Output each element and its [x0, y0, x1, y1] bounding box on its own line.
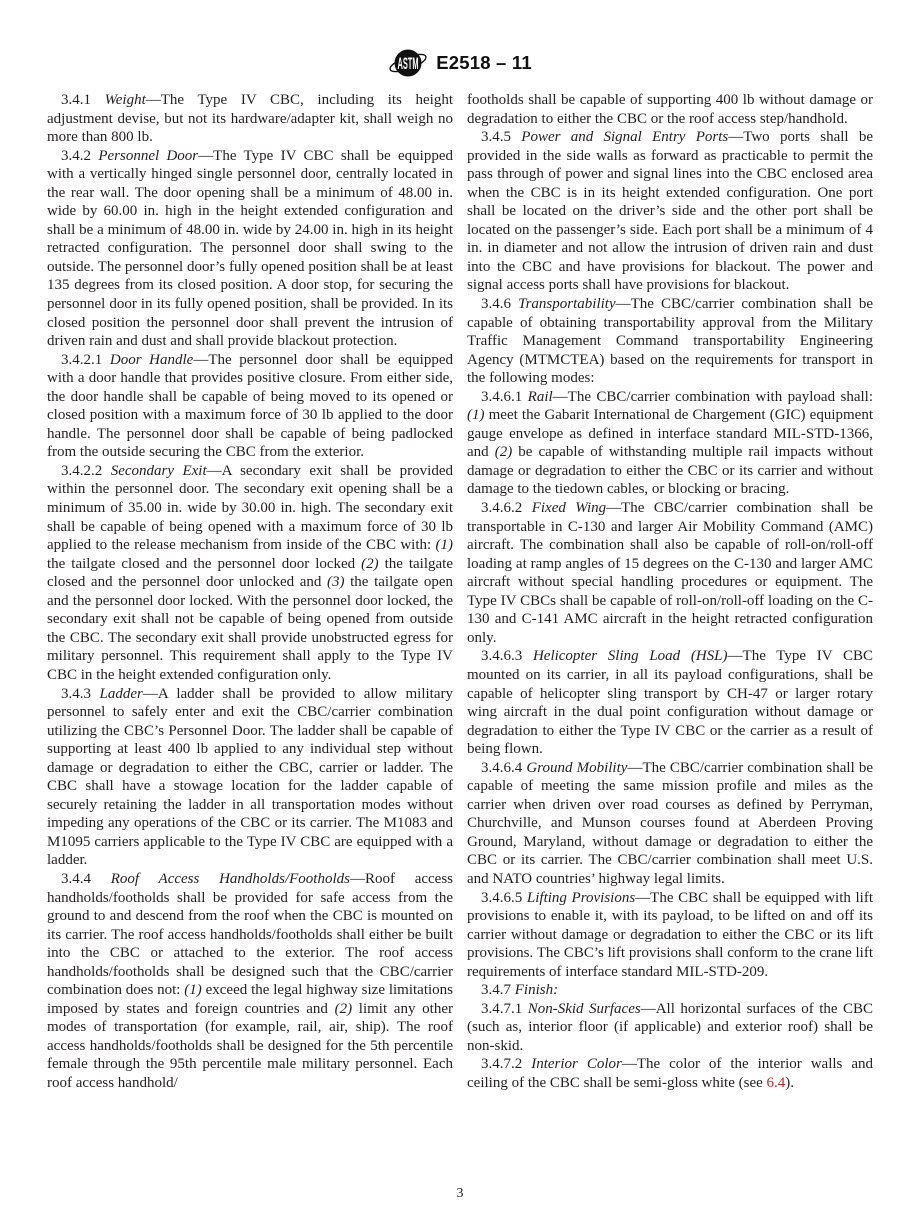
- section-title: Interior Color: [531, 1056, 622, 1072]
- section-title: Lifting Provisions: [527, 890, 635, 906]
- page-number: 3: [457, 1186, 464, 1201]
- section-number: 3.4.6.2: [481, 500, 532, 516]
- list-enumerator: (2): [495, 444, 513, 460]
- body-text: —The CBC/carrier combination shall be ca…: [467, 760, 873, 887]
- document-page: ASTM E2518 – 11 3.4.1 Weight—The Type IV…: [0, 0, 920, 1232]
- paragraph: 3.4.7 Finish:: [467, 981, 873, 1000]
- paragraph: 3.4.6.2 Fixed Wing—The CBC/carrier combi…: [467, 499, 873, 647]
- paragraph: 3.4.7.2 Interior Color—The color of the …: [467, 1055, 873, 1092]
- body-text: —The Type IV CBC shall be equipped with …: [47, 148, 453, 349]
- list-enumerator: (1): [436, 537, 454, 553]
- section-title: Ladder: [99, 686, 142, 702]
- paragraph: 3.4.6.4 Ground Mobility—The CBC/carrier …: [467, 759, 873, 889]
- section-title: Power and Signal Entry Ports: [521, 129, 728, 145]
- section-title: Transportability: [518, 296, 616, 312]
- astm-logo-text: ASTM: [398, 54, 419, 73]
- paragraph: 3.4.2 Personnel Door—The Type IV CBC sha…: [47, 147, 453, 351]
- paragraph: 3.4.3 Ladder—A ladder shall be provided …: [47, 685, 453, 870]
- section-number: 3.4.2: [61, 148, 98, 164]
- body-text: —Two ports shall be provided in the side…: [467, 129, 873, 293]
- section-title: Personnel Door: [98, 148, 198, 164]
- body-text: the tailgate open and the personnel door…: [47, 574, 453, 683]
- section-number: 3.4.3: [61, 686, 99, 702]
- section-number: 3.4.2.2: [61, 463, 111, 479]
- body-text: footholds shall be capable of supporting…: [467, 92, 873, 127]
- page-header: ASTM E2518 – 11: [47, 42, 873, 84]
- column-left: 3.4.1 Weight—The Type IV CBC, including …: [47, 91, 453, 1093]
- section-title: Door Handle: [110, 352, 193, 368]
- section-number: 3.4.6.5: [481, 890, 527, 906]
- section-number: 3.4.6.1: [481, 389, 528, 405]
- section-number: 3.4.1: [61, 92, 105, 108]
- body-text: —The CBC/carrier combination shall be tr…: [467, 500, 873, 646]
- section-title: Helicopter Sling Load (HSL): [533, 648, 728, 664]
- list-enumerator: (2): [361, 556, 379, 572]
- body-text: ).: [785, 1075, 794, 1091]
- list-enumerator: (1): [184, 982, 202, 998]
- paragraph: 3.4.1 Weight—The Type IV CBC, including …: [47, 91, 453, 147]
- paragraph: 3.4.4 Roof Access Handholds/Footholds—Ro…: [47, 870, 453, 1093]
- section-title: Fixed Wing: [532, 500, 606, 516]
- section-title: Ground Mobility: [526, 760, 627, 776]
- list-enumerator: (1): [467, 407, 485, 423]
- section-number: 3.4.4: [61, 871, 111, 887]
- section-title: Non-Skid Surfaces: [528, 1001, 641, 1017]
- paragraph: 3.4.6 Transportability—The CBC/carrier c…: [467, 295, 873, 388]
- list-enumerator: (3): [327, 574, 345, 590]
- section-title: Rail: [528, 389, 553, 405]
- column-right: footholds shall be capable of supporting…: [467, 91, 873, 1093]
- paragraph: 3.4.7.1 Non-Skid Surfaces—All horizontal…: [467, 1000, 873, 1056]
- section-title: Secondary Exit: [111, 463, 207, 479]
- page-footer: 3: [0, 1186, 920, 1202]
- body-text: the tailgate closed and the personnel do…: [47, 556, 361, 572]
- document-designation: E2518 – 11: [436, 52, 532, 74]
- astm-logo-icon: ASTM: [388, 44, 428, 82]
- section-number: 3.4.7.1: [481, 1001, 528, 1017]
- section-title: Roof Access Handholds/Footholds: [111, 871, 350, 887]
- paragraph: 3.4.6.1 Rail—The CBC/carrier combination…: [467, 388, 873, 499]
- body-text: be capable of withstanding multiple rail…: [467, 444, 873, 497]
- section-title: Weight: [105, 92, 146, 108]
- section-number: 3.4.7.2: [481, 1056, 531, 1072]
- section-number: 3.4.6.4: [481, 760, 526, 776]
- list-enumerator: (2): [335, 1001, 353, 1017]
- paragraph: 3.4.2.2 Secondary Exit—A secondary exit …: [47, 462, 453, 685]
- paragraph: 3.4.6.3 Helicopter Sling Load (HSL)—The …: [467, 647, 873, 758]
- body-text: —The Type IV CBC mounted on its carrier,…: [467, 648, 873, 757]
- section-number: 3.4.5: [481, 129, 521, 145]
- two-column-text: 3.4.1 Weight—The Type IV CBC, including …: [47, 91, 873, 1093]
- cross-reference-link[interactable]: 6.4: [767, 1075, 786, 1091]
- body-text: —Roof access handholds/footholds shall b…: [47, 871, 453, 998]
- body-text: —The CBC/carrier combination with payloa…: [553, 389, 873, 405]
- paragraph: 3.4.2.1 Door Handle—The personnel door s…: [47, 351, 453, 462]
- paragraph: footholds shall be capable of supporting…: [467, 91, 873, 128]
- paragraph: 3.4.6.5 Lifting Provisions—The CBC shall…: [467, 889, 873, 982]
- section-number: 3.4.6: [481, 296, 518, 312]
- section-number: 3.4.6.3: [481, 648, 533, 664]
- section-number: 3.4.7: [481, 982, 515, 998]
- paragraph: 3.4.5 Power and Signal Entry Ports—Two p…: [467, 128, 873, 295]
- section-title: Finish:: [515, 982, 558, 998]
- section-number: 3.4.2.1: [61, 352, 110, 368]
- body-text: —A ladder shall be provided to allow mil…: [47, 686, 453, 869]
